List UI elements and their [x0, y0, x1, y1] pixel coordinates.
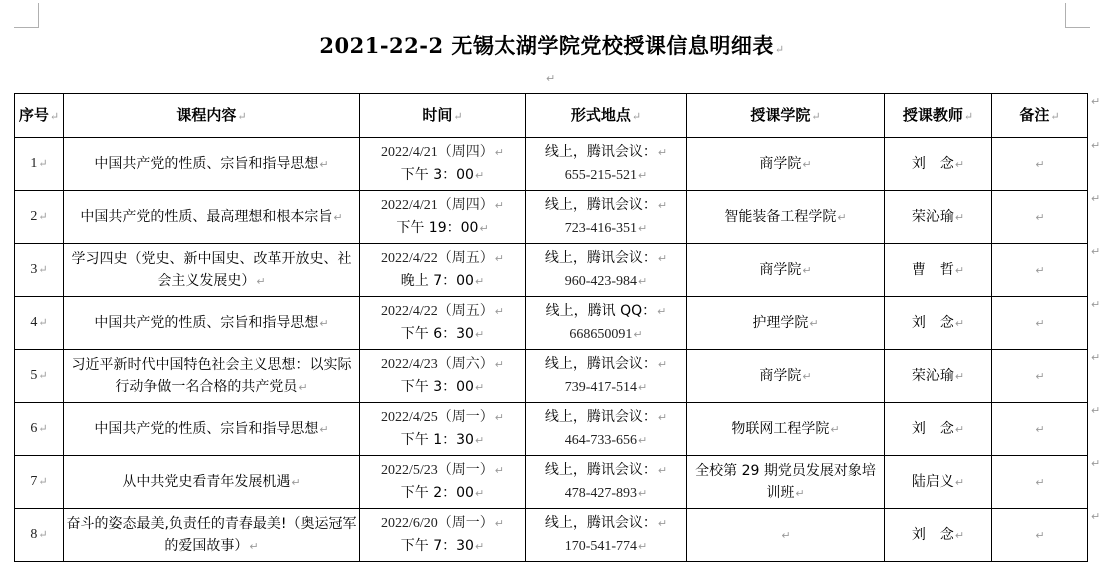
paragraph-mark-icon: ↵ [658, 517, 667, 530]
table-row: 6↵中国共产党的性质、宗旨和指导思想↵2022/4/25（周一）↵下午 1：30… [15, 403, 1088, 456]
cell-time: 2022/4/21（周四）↵下午 3：00↵ [360, 138, 526, 191]
header-location: 形式地点↵ [526, 94, 687, 138]
cell-location: 线上，腾讯 QQ：↵668650091↵ [526, 297, 687, 350]
cell-remark: ↵ [992, 297, 1088, 350]
header-remark: 备注↵ [992, 94, 1088, 138]
cell-location: 线上，腾讯会议：↵464-733-656↵ [526, 403, 687, 456]
paragraph-mark-icon: ↵ [495, 252, 504, 265]
page-corner-mark-right [1065, 3, 1090, 28]
cell-no: 3↵ [15, 244, 64, 297]
cell-course: 中国共产党的性质、宗旨和指导思想↵ [64, 403, 360, 456]
paragraph-mark-icon: ↵ [319, 423, 328, 436]
paragraph-mark-icon: ↵ [38, 423, 47, 435]
paragraph-mark-icon: ↵ [475, 381, 484, 394]
table-row: 4↵中国共产党的性质、宗旨和指导思想↵2022/4/22（周五）↵下午 6：30… [15, 297, 1088, 350]
table-header-row: 序号↵ 课程内容↵ 时间↵ 形式地点↵ 授课学院↵ 授课教师↵ 备注↵ [15, 94, 1088, 138]
paragraph-mark-icon: ↵ [830, 423, 839, 436]
cell-time: 2022/4/22（周五）↵下午 6：30↵ [360, 297, 526, 350]
table-row: 8↵奋斗的姿态最美,负责任的青春最美!（奥运冠军的爱国故事）↵2022/6/20… [15, 509, 1088, 562]
cell-college: 商学院↵ [687, 350, 885, 403]
cell-course: 中国共产党的性质、宗旨和指导思想↵ [64, 297, 360, 350]
paragraph-mark-icon: ↵ [319, 317, 328, 330]
course-schedule-table: 序号↵ 课程内容↵ 时间↵ 形式地点↵ 授课学院↵ 授课教师↵ 备注↵ 1↵中国… [14, 93, 1088, 562]
paragraph-mark-icon: ↵ [495, 305, 504, 318]
cell-remark: ↵ [992, 403, 1088, 456]
paragraph-mark-icon: ↵ [495, 517, 504, 530]
document-title: 2021-22-2 无锡太湖学院党校授课信息明细表↵ [0, 30, 1104, 60]
table-row: 5↵习近平新时代中国特色社会主义思想：以实际行动争做一名合格的共产党员↵2022… [15, 350, 1088, 403]
paragraph-mark-icon: ↵ [1035, 529, 1044, 542]
paragraph-mark-icon: ↵ [1035, 211, 1044, 224]
cell-course: 中国共产党的性质、宗旨和指导思想↵ [64, 138, 360, 191]
cell-remark: ↵ [992, 456, 1088, 509]
paragraph-mark-icon: ↵ [1035, 370, 1044, 383]
cell-teacher: 曹 哲↵ [885, 244, 992, 297]
cell-time: 2022/6/20（周一）↵下午 7：30↵ [360, 509, 526, 562]
paragraph-mark-icon: ↵ [638, 222, 647, 235]
table-row: 3↵学习四史（党史、新中国史、改革开放史、社会主义发展史）↵2022/4/22（… [15, 244, 1088, 297]
cell-college: ↵ [687, 509, 885, 562]
paragraph-mark-icon: ↵ [795, 487, 804, 500]
paragraph-mark-icon: ↵ [38, 476, 47, 488]
page-corner-mark-left [14, 3, 39, 28]
cell-college: 物联网工程学院↵ [687, 403, 885, 456]
cell-course: 习近平新时代中国特色社会主义思想：以实际行动争做一名合格的共产党员↵ [64, 350, 360, 403]
paragraph-mark-icon: ↵ [495, 464, 504, 477]
cell-teacher: 荣沁瑜↵ [885, 350, 992, 403]
table-row: 1↵中国共产党的性质、宗旨和指导思想↵2022/4/21（周四）↵下午 3：00… [15, 138, 1088, 191]
paragraph-mark-icon: ↵ [38, 317, 47, 329]
cell-time: 2022/5/23（周一）↵下午 2：00↵ [360, 456, 526, 509]
paragraph-mark-icon: ↵ [1035, 158, 1044, 171]
paragraph-mark-icon: ↵ [638, 169, 647, 182]
paragraph-mark-icon: ↵ [38, 158, 47, 170]
paragraph-mark-icon: ↵ [658, 411, 667, 424]
paragraph-mark-icon: ↵ [495, 146, 504, 159]
paragraph-mark-icon: ↵ [1091, 457, 1100, 470]
cell-time: 2022/4/23（周六）↵下午 3：00↵ [360, 350, 526, 403]
paragraph-mark-icon: ↵ [333, 211, 342, 224]
paragraph-mark-icon: ↵ [638, 275, 647, 288]
cell-college: 全校第 29 期党员发展对象培训班↵ [687, 456, 885, 509]
paragraph-mark-icon: ↵ [657, 305, 666, 318]
paragraph-mark-icon: ↵ [249, 540, 258, 553]
paragraph-mark-icon: ↵ [955, 264, 964, 277]
paragraph-mark-icon: ↵ [475, 487, 484, 500]
cell-no: 2↵ [15, 191, 64, 244]
cell-teacher: 刘 念↵ [885, 403, 992, 456]
cell-course: 奋斗的姿态最美,负责任的青春最美!（奥运冠军的爱国故事）↵ [64, 509, 360, 562]
paragraph-mark-icon: ↵ [1035, 317, 1044, 330]
paragraph-mark-icon: ↵ [1091, 139, 1100, 152]
paragraph-mark-icon: ↵ [546, 72, 555, 85]
paragraph-mark-icon: ↵ [775, 43, 785, 56]
paragraph-mark-icon: ↵ [809, 317, 818, 330]
header-teacher: 授课教师↵ [885, 94, 992, 138]
paragraph-mark-icon: ↵ [475, 275, 484, 288]
paragraph-mark-icon: ↵ [298, 381, 307, 394]
paragraph-mark-icon: ↵ [633, 328, 642, 341]
paragraph-mark-icon: ↵ [955, 370, 964, 383]
paragraph-mark-icon: ↵ [479, 222, 488, 235]
paragraph-mark-icon: ↵ [1091, 510, 1100, 523]
cell-no: 8↵ [15, 509, 64, 562]
paragraph-mark-icon: ↵ [38, 529, 47, 541]
cell-location: 线上，腾讯会议：↵478-427-893↵ [526, 456, 687, 509]
header-no: 序号↵ [15, 94, 64, 138]
paragraph-mark-icon: ↵ [475, 540, 484, 553]
paragraph-mark-icon: ↵ [1091, 95, 1100, 108]
paragraph-mark-icon: ↵ [658, 146, 667, 159]
paragraph-mark-icon: ↵ [955, 211, 964, 224]
paragraph-mark-icon: ↵ [1035, 423, 1044, 436]
paragraph-mark-icon: ↵ [802, 370, 811, 383]
cell-teacher: 陆启义↵ [885, 456, 992, 509]
cell-location: 线上，腾讯会议：↵170-541-774↵ [526, 509, 687, 562]
cell-remark: ↵ [992, 244, 1088, 297]
paragraph-mark-icon: ↵ [1091, 298, 1100, 311]
paragraph-mark-icon: ↵ [291, 476, 300, 489]
paragraph-mark-icon: ↵ [802, 264, 811, 277]
paragraph-mark-icon: ↵ [475, 434, 484, 447]
paragraph-mark-icon: ↵ [38, 264, 47, 276]
paragraph-mark-icon: ↵ [955, 423, 964, 436]
cell-no: 5↵ [15, 350, 64, 403]
paragraph-mark-icon: ↵ [658, 464, 667, 477]
cell-remark: ↵ [992, 191, 1088, 244]
cell-college: 商学院↵ [687, 138, 885, 191]
paragraph-mark-icon: ↵ [955, 476, 964, 489]
cell-teacher: 刘 念↵ [885, 138, 992, 191]
paragraph-mark-icon: ↵ [638, 540, 647, 553]
cell-location: 线上，腾讯会议：↵739-417-514↵ [526, 350, 687, 403]
header-time: 时间↵ [360, 94, 526, 138]
cell-college: 商学院↵ [687, 244, 885, 297]
cell-teacher: 荣沁瑜↵ [885, 191, 992, 244]
cell-course: 学习四史（党史、新中国史、改革开放史、社会主义发展史）↵ [64, 244, 360, 297]
paragraph-mark-icon: ↵ [475, 169, 484, 182]
cell-teacher: 刘 念↵ [885, 509, 992, 562]
paragraph-mark-icon: ↵ [38, 211, 47, 223]
cell-no: 1↵ [15, 138, 64, 191]
header-course: 课程内容↵ [64, 94, 360, 138]
paragraph-mark-icon: ↵ [781, 529, 790, 542]
cell-no: 4↵ [15, 297, 64, 350]
paragraph-mark-icon: ↵ [955, 529, 964, 542]
paragraph-mark-icon: ↵ [1091, 351, 1100, 364]
cell-college: 智能装备工程学院↵ [687, 191, 885, 244]
table-row: 7↵从中共党史看青年发展机遇↵2022/5/23（周一）↵下午 2：00↵线上，… [15, 456, 1088, 509]
cell-no: 7↵ [15, 456, 64, 509]
cell-remark: ↵ [992, 138, 1088, 191]
paragraph-mark-icon: ↵ [475, 328, 484, 341]
cell-time: 2022/4/21（周四）↵下午 19：00↵ [360, 191, 526, 244]
paragraph-mark-icon: ↵ [495, 358, 504, 371]
paragraph-mark-icon: ↵ [955, 317, 964, 330]
paragraph-mark-icon: ↵ [802, 158, 811, 171]
cell-location: 线上，腾讯会议：↵960-423-984↵ [526, 244, 687, 297]
paragraph-mark-icon: ↵ [638, 434, 647, 447]
paragraph-mark-icon: ↵ [495, 199, 504, 212]
paragraph-mark-icon: ↵ [256, 275, 265, 288]
cell-remark: ↵ [992, 350, 1088, 403]
paragraph-mark-icon: ↵ [1091, 404, 1100, 417]
cell-teacher: 刘 念↵ [885, 297, 992, 350]
paragraph-mark-icon: ↵ [1091, 245, 1100, 258]
paragraph-mark-icon: ↵ [658, 199, 667, 212]
paragraph-mark-icon: ↵ [38, 370, 47, 382]
cell-no: 6↵ [15, 403, 64, 456]
paragraph-mark-icon: ↵ [638, 381, 647, 394]
paragraph-mark-icon: ↵ [1035, 264, 1044, 277]
paragraph-mark-icon: ↵ [638, 487, 647, 500]
cell-location: 线上，腾讯会议：↵723-416-351↵ [526, 191, 687, 244]
paragraph-mark-icon: ↵ [658, 358, 667, 371]
cell-location: 线上，腾讯会议：↵655-215-521↵ [526, 138, 687, 191]
cell-course: 从中共党史看青年发展机遇↵ [64, 456, 360, 509]
paragraph-mark-icon: ↵ [495, 411, 504, 424]
cell-remark: ↵ [992, 509, 1088, 562]
table-row: 2↵中国共产党的性质、最高理想和根本宗旨↵2022/4/21（周四）↵下午 19… [15, 191, 1088, 244]
paragraph-mark-icon: ↵ [955, 158, 964, 171]
cell-time: 2022/4/22（周五）↵晚上 7：00↵ [360, 244, 526, 297]
cell-time: 2022/4/25（周一）↵下午 1：30↵ [360, 403, 526, 456]
header-college: 授课学院↵ [687, 94, 885, 138]
cell-college: 护理学院↵ [687, 297, 885, 350]
paragraph-mark-icon: ↵ [658, 252, 667, 265]
paragraph-mark-icon: ↵ [319, 158, 328, 171]
paragraph-mark-icon: ↵ [1091, 192, 1100, 205]
cell-course: 中国共产党的性质、最高理想和根本宗旨↵ [64, 191, 360, 244]
paragraph-mark-icon: ↵ [837, 211, 846, 224]
paragraph-mark-icon: ↵ [1035, 476, 1044, 489]
document-title-text: 2021-22-2 无锡太湖学院党校授课信息明细表 [319, 33, 774, 58]
